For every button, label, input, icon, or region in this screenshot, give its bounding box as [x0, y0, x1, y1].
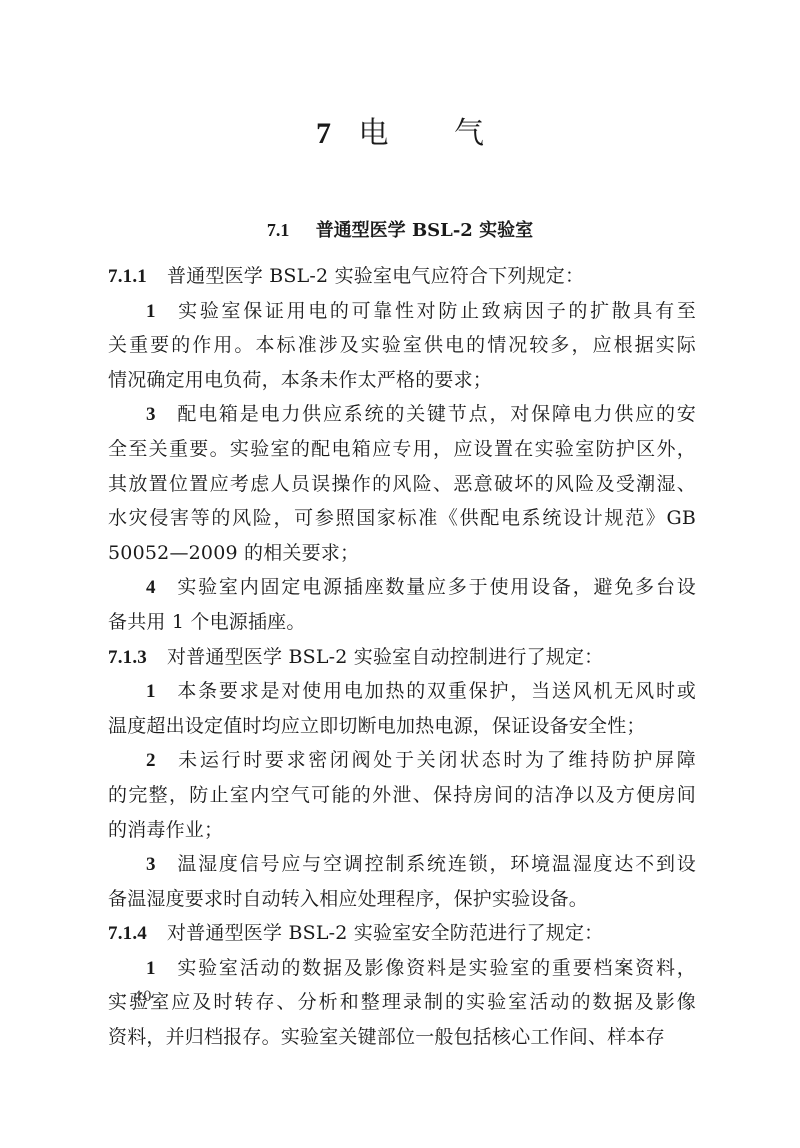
paragraph-line: 资料，并归档报存。实验室关键部位一般包括核心工作间、样本存 [108, 1020, 696, 1055]
list-item-line: 3温湿度信号应与空调控制系统连锁，环境温湿度达不到设 [108, 847, 696, 882]
item-number: 3 [146, 404, 156, 425]
clause-number: 7.1.4 [108, 923, 147, 944]
item-number: 2 [146, 750, 156, 771]
body-text: 7.1.1普通型医学 BSL-2 实验室电气应符合下列规定：1实验室保证用电的可… [108, 259, 696, 1055]
line-text: 关重要的作用。本标准涉及实验室供电的情况较多，应根据实际 [108, 334, 696, 356]
item-number: 1 [146, 681, 156, 702]
line-text: 未运行时要求密闭阀处于关闭状态时为了维持防护屏障 [176, 749, 696, 771]
list-item-line: 1实验室保证用电的可靠性对防止致病因子的扩散具有至 [108, 294, 696, 329]
line-text: 备共用 1 个电源插座。 [108, 611, 306, 633]
paragraph-line: 关重要的作用。本标准涉及实验室供电的情况较多，应根据实际 [108, 328, 696, 363]
line-text: 温湿度信号应与空调控制系统连锁，环境温湿度达不到设 [176, 853, 696, 875]
line-text: 温度超出设定值时均应立即切断电加热电源，保证设备安全性； [108, 715, 646, 737]
line-text: 其放置位置应考虑人员误操作的风险、恶意破坏的风险及受潮湿、 [108, 473, 696, 495]
clause-line: 7.1.3对普通型医学 BSL-2 实验室自动控制进行了规定： [108, 640, 696, 675]
item-number: 4 [146, 577, 156, 598]
line-text: 情况确定用电负荷，本条未作太严格的要求； [108, 369, 492, 391]
paragraph-line: 备温湿度要求时自动转入相应处理程序，保护实验设备。 [108, 882, 696, 917]
list-item-line: 1本条要求是对使用电加热的双重保护，当送风机无风时或 [108, 674, 696, 709]
paragraph-line: 全至关重要。实验室的配电箱应专用，应设置在实验室防护区外， [108, 432, 696, 467]
section-title-text: 普通型医学 BSL-2 实验室 [316, 220, 533, 241]
line-text: 对普通型医学 BSL-2 实验室自动控制进行了规定： [167, 646, 603, 668]
clause-line: 7.1.1普通型医学 BSL-2 实验室电气应符合下列规定： [108, 259, 696, 294]
page-number: · 40 · [120, 988, 167, 1006]
paragraph-line: 实验室应及时转存、分析和整理录制的实验室活动的数据及影像 [108, 985, 696, 1020]
chapter-number: 7 [316, 117, 331, 150]
paragraph-line: 水灾侵害等的风险，可参照国家标准《供配电系统设计规范》GB [108, 501, 696, 536]
line-text: 50052—2009 的相关要求； [108, 542, 359, 564]
line-text: 本条要求是对使用电加热的双重保护，当送风机无风时或 [176, 680, 696, 702]
document-page: 7 电 气 7.1 普通型医学 BSL-2 实验室 7.1.1普通型医学 BSL… [0, 0, 800, 1148]
line-text: 实验室应及时转存、分析和整理录制的实验室活动的数据及影像 [108, 991, 696, 1013]
line-text: 实验室内固定电源插座数量应多于使用设备，避免多台设 [176, 576, 696, 598]
paragraph-line: 50052—2009 的相关要求； [108, 536, 696, 571]
line-text: 配电箱是电力供应系统的关键节点，对保障电力供应的安 [176, 403, 696, 425]
line-text: 的消毒作业； [108, 819, 223, 841]
chapter-title-char-1: 电 [359, 116, 389, 151]
item-number: 3 [146, 854, 156, 875]
clause-number: 7.1.1 [108, 266, 147, 287]
item-number: 1 [146, 958, 156, 979]
line-text: 实验室保证用电的可靠性对防止致病因子的扩散具有至 [176, 300, 696, 322]
paragraph-line: 温度超出设定值时均应立即切断电加热电源，保证设备安全性； [108, 709, 696, 744]
list-item-line: 2未运行时要求密闭阀处于关闭状态时为了维持防护屏障 [108, 743, 696, 778]
line-text: 对普通型医学 BSL-2 实验室安全防范进行了规定： [167, 922, 603, 944]
line-text: 资料，并归档报存。实验室关键部位一般包括核心工作间、样本存 [108, 1026, 665, 1048]
clause-number: 7.1.3 [108, 647, 147, 668]
line-text: 全至关重要。实验室的配电箱应专用，应设置在实验室防护区外， [108, 438, 696, 460]
paragraph-line: 备共用 1 个电源插座。 [108, 605, 696, 640]
list-item-line: 3配电箱是电力供应系统的关键节点，对保障电力供应的安 [108, 397, 696, 432]
section-number: 7.1 [267, 220, 290, 240]
clause-line: 7.1.4对普通型医学 BSL-2 实验室安全防范进行了规定： [108, 916, 696, 951]
list-item-line: 1实验室活动的数据及影像资料是实验室的重要档案资料， [108, 951, 696, 986]
line-text: 普通型医学 BSL-2 实验室电气应符合下列规定： [167, 265, 584, 287]
item-number: 1 [146, 301, 156, 322]
paragraph-line: 的消毒作业； [108, 813, 696, 848]
paragraph-line: 情况确定用电负荷，本条未作太严格的要求； [108, 363, 696, 398]
chapter-title-char-2: 气 [454, 116, 484, 151]
line-text: 水灾侵害等的风险，可参照国家标准《供配电系统设计规范》GB [108, 507, 696, 529]
section-heading: 7.1 普通型医学 BSL-2 实验室 [0, 216, 800, 245]
line-text: 备温湿度要求时自动转入相应处理程序，保护实验设备。 [108, 888, 588, 910]
line-text: 的完整，防止室内空气可能的外泄、保持房间的洁净以及方便房间 [108, 784, 696, 806]
list-item-line: 4实验室内固定电源插座数量应多于使用设备，避免多台设 [108, 570, 696, 605]
line-text: 实验室活动的数据及影像资料是实验室的重要档案资料， [176, 957, 696, 979]
paragraph-line: 的完整，防止室内空气可能的外泄、保持房间的洁净以及方便房间 [108, 778, 696, 813]
chapter-title: 7 电 气 [0, 112, 800, 156]
paragraph-line: 其放置位置应考虑人员误操作的风险、恶意破坏的风险及受潮湿、 [108, 467, 696, 502]
